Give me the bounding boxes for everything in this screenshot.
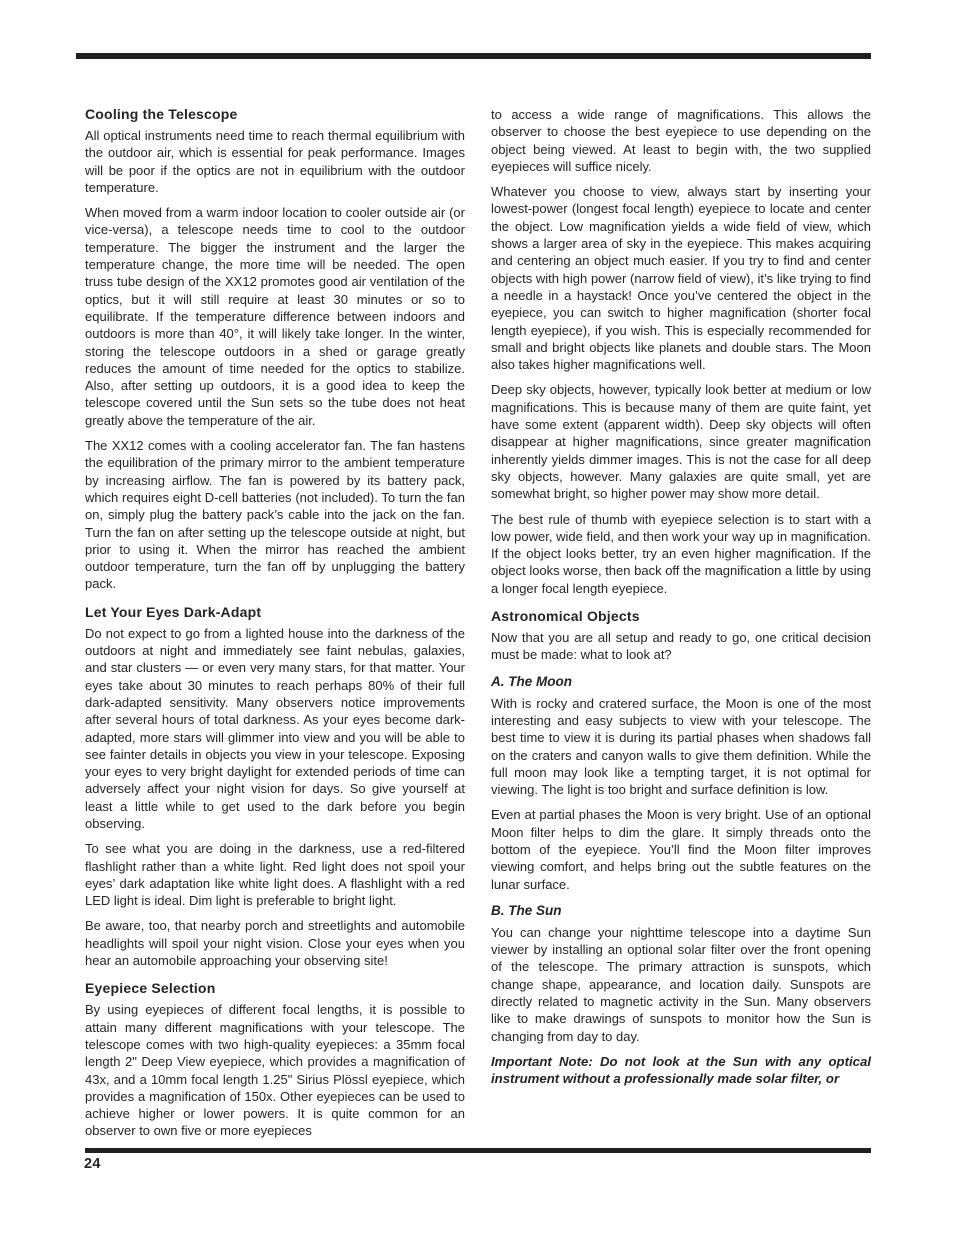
left-column: Cooling the Telescope All optical instru… [85, 106, 465, 1148]
document-page: Cooling the Telescope All optical instru… [0, 0, 954, 1235]
paragraph-eyepiece-selection-2: Whatever you choose to view, always star… [491, 183, 871, 373]
top-divider-rule [76, 53, 871, 59]
paragraph-dark-adapt-2: To see what you are doing in the darknes… [85, 840, 465, 909]
paragraph-dark-adapt-1: Do not expect to go from a lighted house… [85, 625, 465, 833]
paragraph-moon-2: Even at partial phases the Moon is very … [491, 806, 871, 892]
paragraph-sun-1: You can change your nighttime telescope … [491, 924, 871, 1045]
section-heading-astronomical-objects: Astronomical Objects [491, 608, 871, 624]
right-column: to access a wide range of magnifications… [491, 106, 871, 1148]
paragraph-eyepiece-selection-1: By using eyepieces of different focal le… [85, 1001, 465, 1139]
two-column-text-body: Cooling the Telescope All optical instru… [85, 106, 871, 1148]
important-note-solar-warning: Important Note: Do not look at the Sun w… [491, 1053, 871, 1088]
page-number: 24 [84, 1156, 101, 1172]
paragraph-cooling-3: The XX12 comes with a cooling accelerato… [85, 437, 465, 593]
bottom-divider-rule [85, 1148, 871, 1153]
section-heading-let-your-eyes-dark-adapt: Let Your Eyes Dark-Adapt [85, 604, 465, 620]
paragraph-eyepiece-selection-4: The best rule of thumb with eyepiece sel… [491, 511, 871, 597]
paragraph-moon-1: With is rocky and cratered surface, the … [491, 695, 871, 799]
section-heading-cooling-the-telescope: Cooling the Telescope [85, 106, 465, 122]
paragraph-astronomical-objects-intro: Now that you are all setup and ready to … [491, 629, 871, 664]
subsection-heading-the-moon: A. The Moon [491, 674, 871, 690]
paragraph-cooling-1: All optical instruments need time to rea… [85, 127, 465, 196]
paragraph-dark-adapt-3: Be aware, too, that nearby porch and str… [85, 917, 465, 969]
subsection-heading-the-sun: B. The Sun [491, 903, 871, 919]
section-heading-eyepiece-selection: Eyepiece Selection [85, 980, 465, 996]
paragraph-eyepiece-selection-continued: to access a wide range of magnifications… [491, 106, 871, 175]
paragraph-cooling-2: When moved from a warm indoor location t… [85, 204, 465, 429]
paragraph-eyepiece-selection-3: Deep sky objects, however, typically loo… [491, 381, 871, 502]
